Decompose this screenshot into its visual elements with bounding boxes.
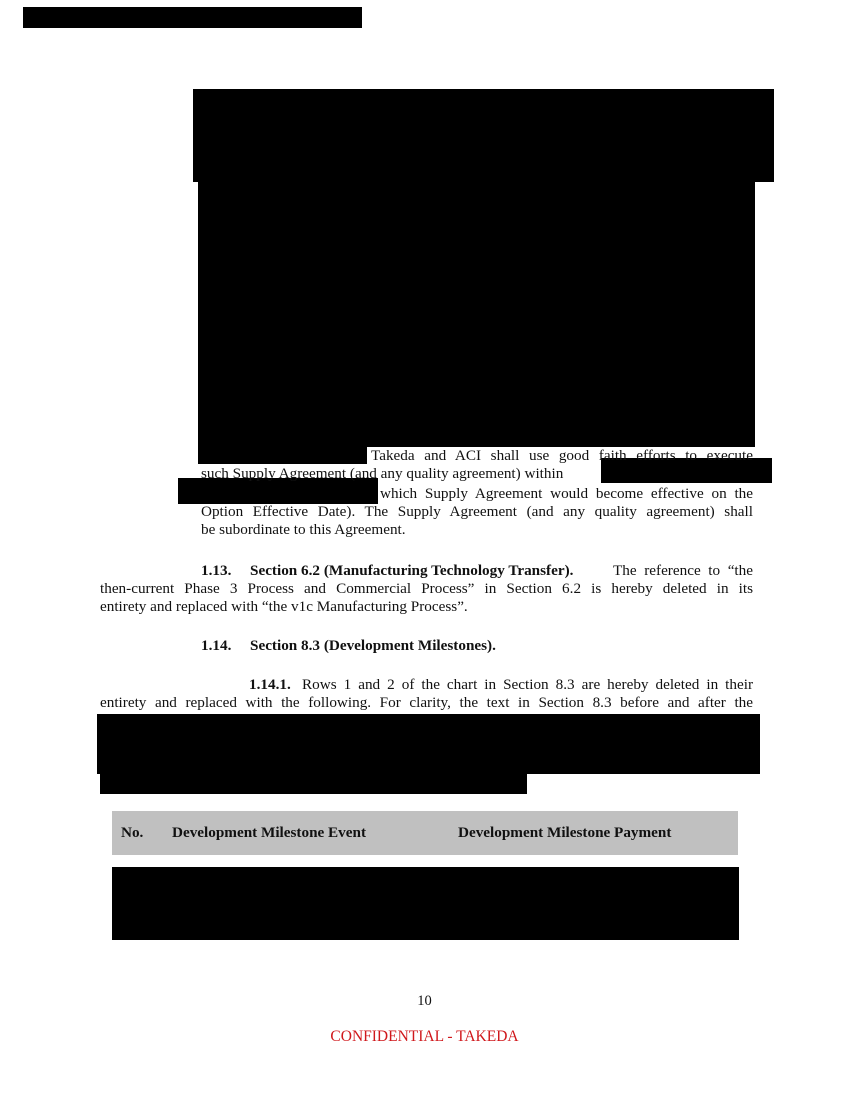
section-number: 1.13.: [201, 562, 231, 579]
redaction-block: [198, 182, 755, 447]
section-body-line: The reference to “the: [613, 562, 753, 580]
redaction-block: [193, 89, 774, 182]
section-body-line: entirety and replaced with “the v1c Manu…: [100, 598, 468, 615]
redaction-header: [23, 7, 362, 28]
section-heading: Section 8.3 (Development Milestones).: [250, 637, 496, 654]
supply-paragraph-line: such Supply Agreement (and any quality a…: [201, 465, 563, 482]
section-body-line: then-current Phase 3 Process and Commerc…: [100, 580, 753, 598]
page-number: 10: [0, 993, 849, 1010]
section-body-line: entirety and replaced with the following…: [100, 694, 753, 712]
redaction-block: [97, 714, 760, 774]
supply-paragraph-line: which Supply Agreement would become effe…: [380, 485, 753, 503]
supply-paragraph-line: be subordinate to this Agreement.: [201, 521, 406, 538]
redaction-inline: [198, 447, 367, 464]
section-body-line: Rows 1 and 2 of the chart in Section 8.3…: [302, 676, 753, 694]
section-heading: Section 6.2 (Manufacturing Technology Tr…: [250, 562, 573, 579]
section-number: 1.14.: [201, 637, 231, 654]
column-header-event: Development Milestone Event: [172, 824, 366, 842]
supply-paragraph-line: Takeda and ACI shall use good faith effo…: [371, 447, 753, 465]
column-header-no: No.: [121, 824, 143, 842]
redaction-table-rows: [112, 867, 739, 940]
milestone-table-header: No. Development Milestone Event Developm…: [112, 811, 738, 855]
confidential-notice: CONFIDENTIAL - TAKEDA: [0, 1028, 849, 1046]
column-header-payment: Development Milestone Payment: [458, 824, 671, 842]
subsection-number: 1.14.1.: [249, 676, 291, 693]
redaction-block: [100, 774, 527, 794]
supply-paragraph-line: Option Effective Date). The Supply Agree…: [201, 503, 753, 521]
